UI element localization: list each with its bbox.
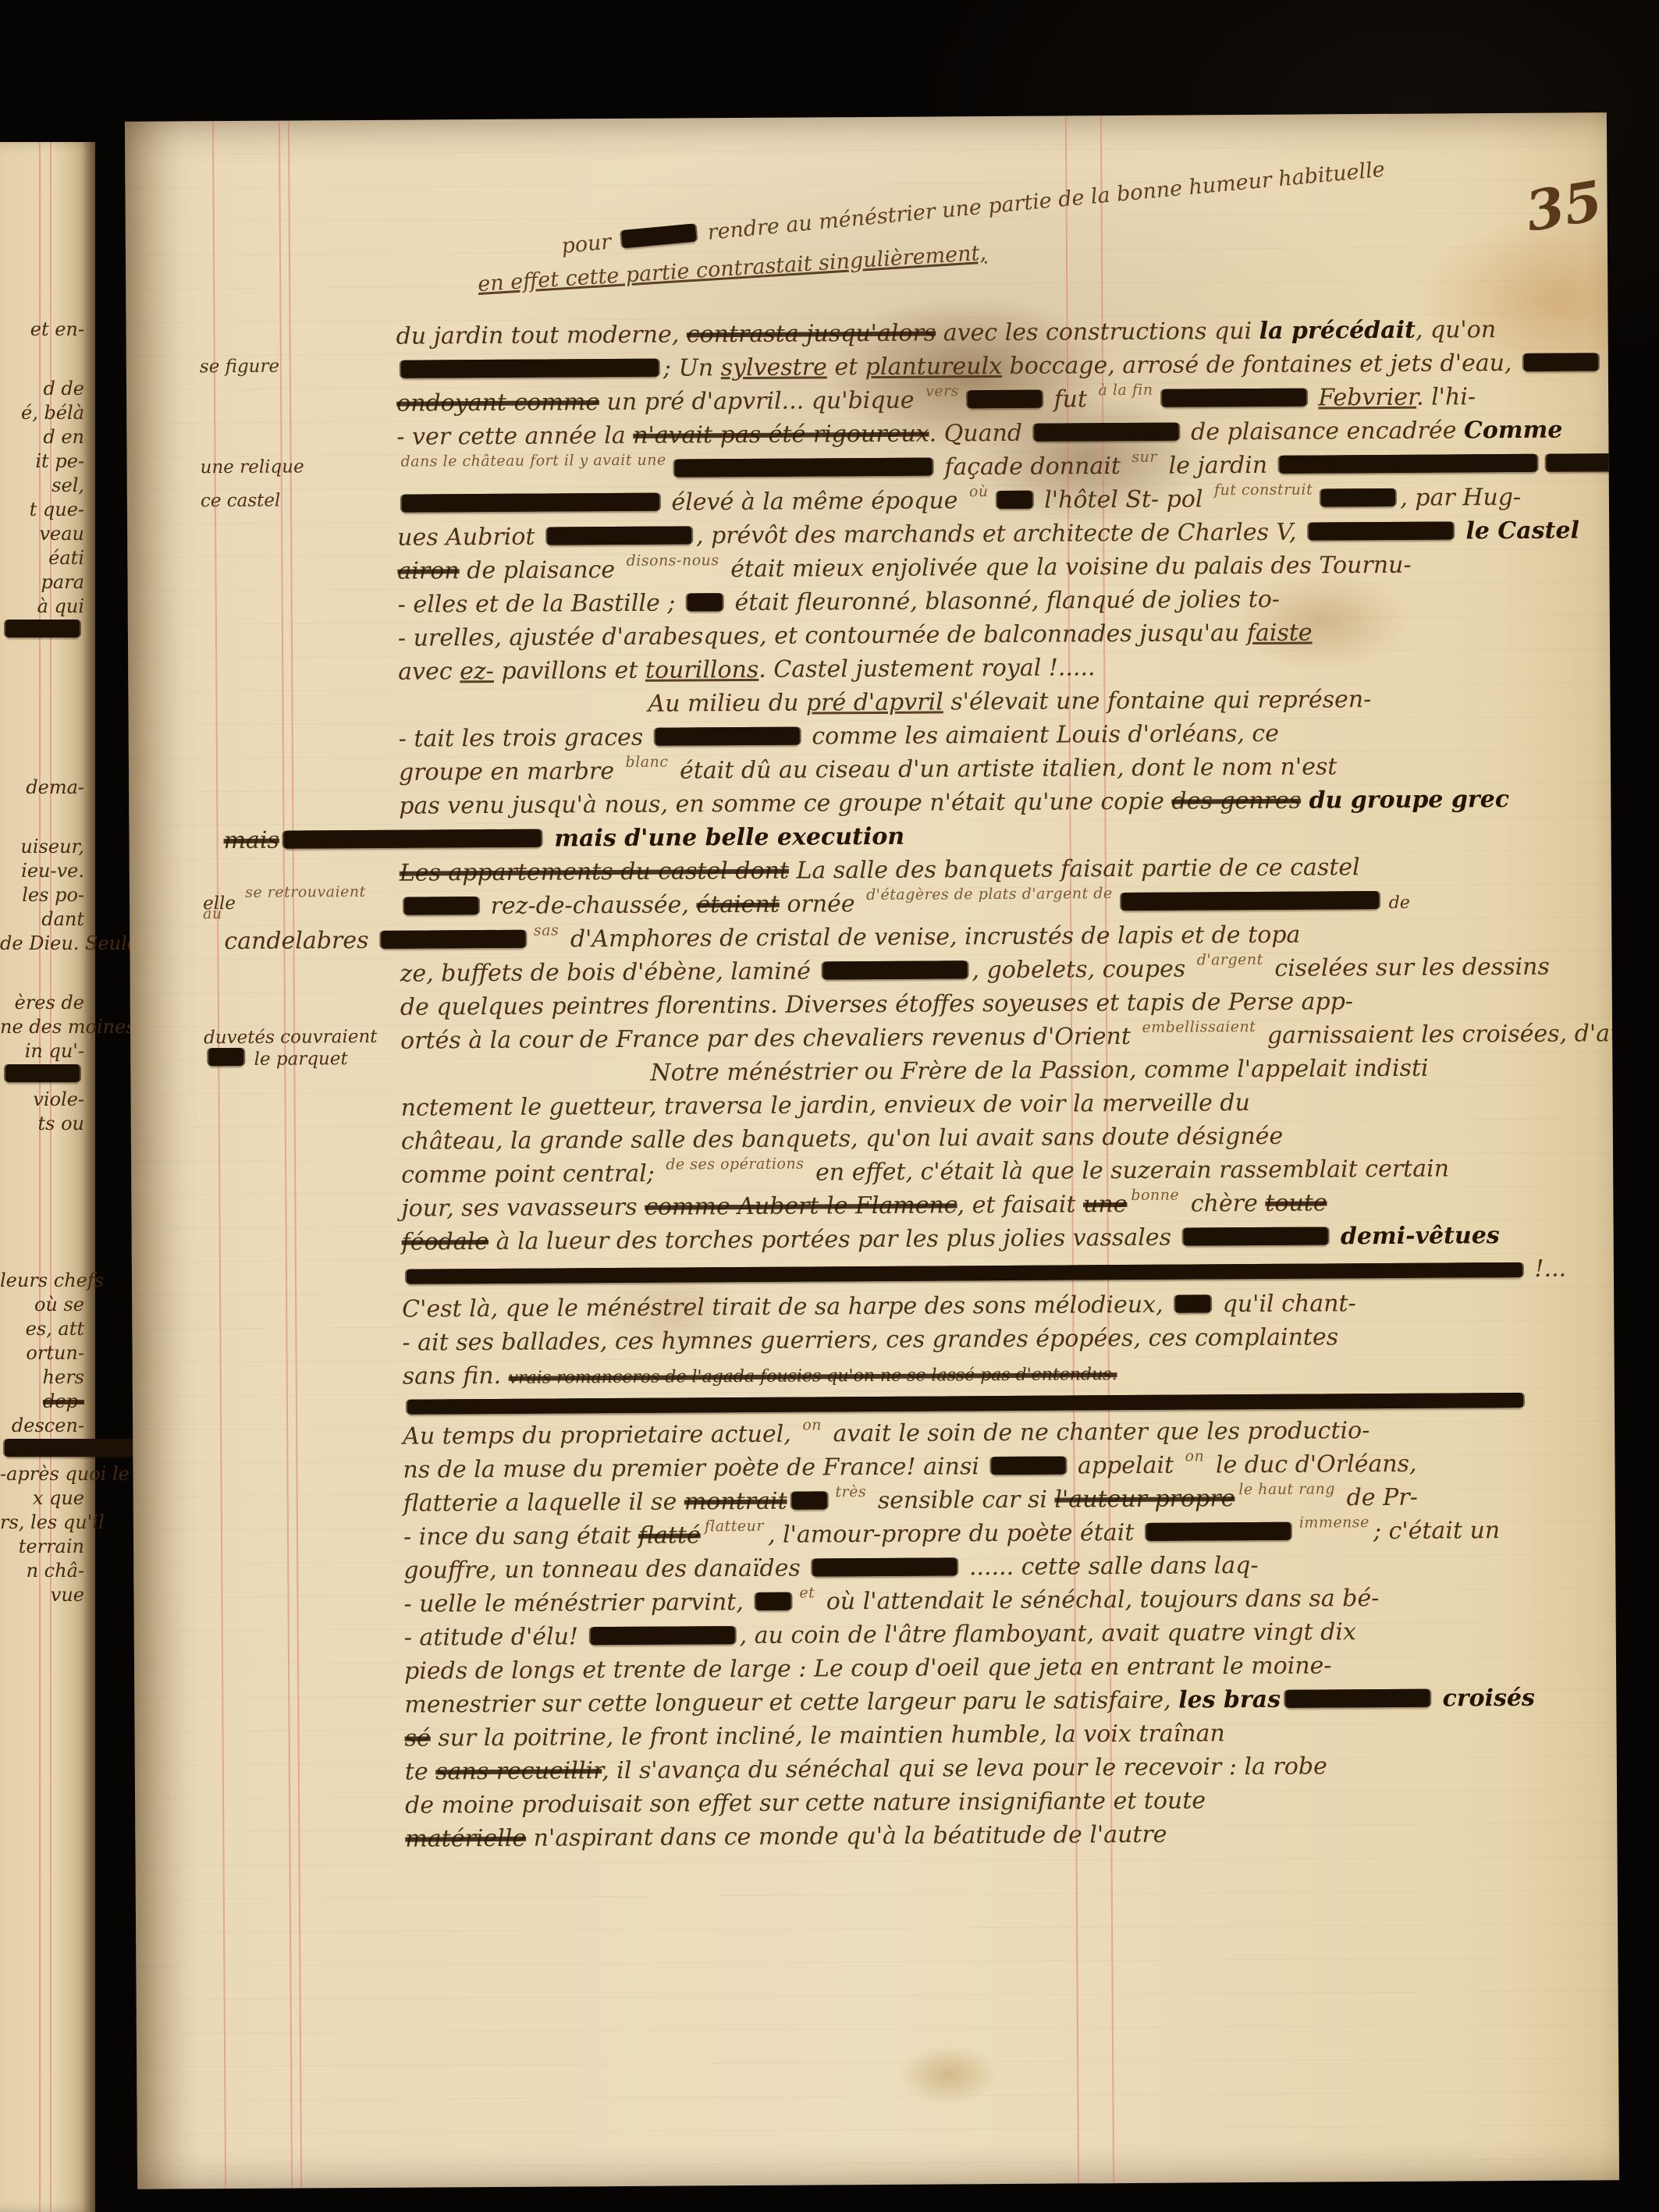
manuscript-text: groupe en marbre [399, 758, 622, 786]
ink-blot [5, 1064, 80, 1082]
facing-page-fragment [0, 619, 84, 643]
manuscript-text: , au coin de l'âtre flamboyant, avait qu… [739, 1618, 1356, 1649]
manuscript-text: uiseur, [20, 836, 84, 857]
manuscript-text: qu'il chant- [1215, 1290, 1356, 1318]
struck-text: une [1083, 1191, 1128, 1218]
manuscript-text: un pré d'apvril [599, 388, 782, 416]
manuscript-text: les bras [1178, 1686, 1281, 1714]
interline-header-note: en effet cette partie contrastait singul… [477, 241, 986, 296]
interline-insertion: flatteur [705, 1518, 764, 1535]
manuscript-text: se figure [200, 357, 279, 378]
manuscript-text: de quelques peintres florentins. Diverse… [400, 988, 1353, 1021]
ink-blot [402, 493, 659, 513]
photo-backdrop: et en-d deé, bélàd enit pe-sel,t que-vea… [0, 0, 1659, 2212]
manuscript-text: n châ- [27, 1560, 84, 1582]
manuscript-text: sylvestre [721, 353, 827, 382]
facing-page-fragment: ne des moines [0, 1015, 84, 1039]
manuscript-text: Notre ménéstrier ou Frère de la Passion,… [650, 1055, 1428, 1087]
manuscript-text: faiste [1247, 620, 1313, 648]
manuscript-text: - ait ses ballades, ces hymnes guerriers… [402, 1323, 1338, 1356]
manuscript-text: leurs chefs [0, 1269, 104, 1291]
manuscript-text: demi-vêtues [1332, 1222, 1499, 1250]
ink-blot [812, 1557, 957, 1576]
manuscript-text: , par Hug- [1400, 484, 1521, 512]
struck-text: toute [1265, 1189, 1327, 1216]
manuscript-line: matérielle n'aspirant dans ce monde qu'à… [405, 1815, 1591, 1855]
facing-page-fragment: et en- [0, 318, 84, 342]
ink-blot [1524, 353, 1598, 371]
manuscript-text: é, bélà [21, 402, 84, 424]
ink-blot [791, 1491, 826, 1509]
manuscript-text: ieu-ve. [21, 860, 84, 882]
manuscript-text: plantureulx [865, 353, 1003, 381]
facing-page-fragment: veau [0, 522, 84, 546]
facing-page-fragment: -après quoi le [0, 1462, 84, 1486]
manuscript-text: duvetés couvraient [204, 1027, 378, 1048]
manuscript-text: à qui [37, 595, 84, 617]
interline-insertion: d'argent [1197, 951, 1263, 969]
ink-blot [655, 727, 800, 746]
interline-insertion: immense [1299, 1514, 1369, 1532]
margin-note-row: ce castel [201, 490, 386, 511]
manuscript-text: menestrier sur cette longueur et cette l… [404, 1687, 1178, 1719]
manuscript-text: était dû au ciseau d'un artiste italien,… [672, 753, 1337, 784]
manuscript-text: - tait les trois graces [399, 724, 651, 753]
ink-blot [1146, 1522, 1291, 1541]
margin-note: duvetés couvraient le parquet [204, 1027, 389, 1070]
facing-page-fragment: x que [0, 1486, 84, 1511]
facing-page-fragment: vue [0, 1583, 84, 1607]
manuscript-text: pré d'apvril [806, 688, 943, 716]
manuscript-text: ciselées sur les dessins [1267, 953, 1550, 982]
struck-text: vrais romanceros de l'agada fousies qu'o… [509, 1365, 1117, 1388]
manuscript-text: ues Aubriot [397, 524, 542, 552]
manuscript-text: la précédait [1259, 317, 1416, 345]
manuscript-text: !... [1527, 1255, 1566, 1283]
manuscript-text: rs, les qu'il [0, 1511, 105, 1533]
ink-blot [404, 897, 478, 915]
manuscript-text: de [1384, 893, 1410, 913]
manuscript-text: sel, [52, 474, 84, 496]
struck-text: matérielle [405, 1825, 526, 1853]
ink-blot [208, 1048, 243, 1066]
manuscript-text: ... [782, 388, 805, 415]
facing-page-fragment: ts ou [0, 1112, 84, 1136]
manuscript-text: ères de [15, 992, 84, 1014]
interline-insertion: le haut rang [1238, 1480, 1335, 1498]
manuscript-text: s'élevait une fontaine qui représen- [943, 686, 1372, 715]
manuscript-text: - atitude d'élu! [404, 1623, 586, 1651]
manuscript-text: x que [33, 1487, 84, 1509]
ink-blot [822, 960, 967, 979]
interline-insertion: sas [534, 921, 559, 939]
manuscript-text: ornée [780, 890, 863, 918]
ink-blot [407, 1262, 1522, 1284]
ink-blot [621, 223, 697, 248]
facing-page-fragment: d en [0, 425, 84, 449]
manuscript-text: ne des moines [0, 1016, 136, 1038]
facing-page-fragment: sel, [0, 474, 84, 498]
facing-page-fragment: éati [0, 546, 84, 570]
manuscript-text: comme point central; [401, 1160, 662, 1189]
facing-page-fragment: dema- [0, 776, 84, 800]
manuscript-text: de plaisance [460, 556, 623, 584]
manuscript-text: de plaisance encadrée [1183, 417, 1464, 446]
ink-blot [1183, 1227, 1327, 1245]
interline-insertion: blanc [625, 754, 668, 771]
manuscript-text: , l'amour-propre du poète était [768, 1519, 1142, 1549]
manuscript-text: ns de la muse du premier poète de France… [403, 1453, 986, 1484]
manuscript-text: . Castel justement royal !..... [758, 654, 1096, 683]
manuscript-text: à la lueur des torches portées par les p… [488, 1224, 1179, 1255]
manuscript-text: Au temps du proprietaire actuel, [403, 1421, 798, 1450]
manuscript-text: nctement le guetteur, traversa le jardin… [401, 1089, 1250, 1122]
manuscript-text: gouffre, un tonneau des danaïdes [403, 1555, 808, 1585]
manuscript-text: n'aspirant dans ce monde qu'à la béatitu… [526, 1821, 1167, 1852]
struck-text: des genres [1171, 787, 1301, 815]
manuscript-text: du groupe grec [1301, 786, 1509, 815]
manuscript-text: le parquet [248, 1049, 348, 1070]
interline-insertion: de ses opérations [666, 1156, 804, 1173]
manuscript-text: ...... [961, 1553, 1014, 1581]
ink-blot [591, 1626, 735, 1645]
manuscript-text: hers [43, 1366, 84, 1388]
manuscript-text: viole- [33, 1088, 84, 1110]
manuscript-text: . l'hi- [1416, 383, 1476, 410]
facing-page-fragment: é, bélà [0, 401, 84, 425]
manuscript-text: vue [51, 1584, 84, 1606]
manuscript-text: où se [34, 1294, 84, 1315]
facing-page-fragment: terrain [0, 1535, 84, 1559]
manuscript-text: l'hôtel St- pol [1037, 485, 1211, 513]
manuscript-text: était mieux enjolivée que la voisine du … [723, 552, 1412, 583]
manuscript-text: - ver cette année la [396, 422, 633, 451]
interline-insertion: bonne [1131, 1187, 1179, 1204]
manuscript-text: avec les constructions qui [936, 318, 1259, 347]
manuscript-text: boccage, arrosé de fontaines et jets d'e… [1002, 350, 1519, 380]
ink-blot [991, 1456, 1065, 1475]
manuscript-text: rez-de-chaussée, [483, 891, 697, 920]
manuscript-text: le Castel [1458, 517, 1579, 545]
struck-text: ondoyant comme [396, 389, 599, 417]
interline-insertion: très [835, 1483, 866, 1500]
ink-blot [5, 620, 80, 637]
facing-page-fragment: uiseur, [0, 835, 84, 859]
manuscript-text: pour [560, 229, 619, 259]
ink-blot [407, 1393, 1523, 1415]
ink-blot [401, 359, 659, 378]
manuscript-text: ze, buffets de bois d'ébène, laminé [400, 957, 818, 987]
facing-page-fragment: descen- [0, 1414, 84, 1438]
facing-page-fragment: ieu-ve. [0, 859, 84, 883]
manuscript-text: château, la grande salle des banquets, q… [401, 1123, 1284, 1156]
manuscript-text: en effet cette partie contrastait singul… [477, 241, 986, 296]
manuscript-text: - elles et de la Bastille ; [398, 589, 683, 618]
interline-insertion: dans le château fort il y avait une [401, 452, 666, 470]
manuscript-text: avec [398, 658, 460, 685]
margin-note: se figure [200, 356, 385, 377]
margin-note: ce castel [201, 490, 386, 511]
manuscript-text: , gobelets, coupes [972, 955, 1192, 984]
facing-page-fragment: d de [0, 377, 84, 401]
interline-insertion: à la fin [1098, 382, 1153, 399]
facing-page-edge: et en-d deé, bélàd enit pe-sel,t que-vea… [0, 142, 95, 2212]
manuscript-text: où l'attendait le sénéchal, toujours dan… [819, 1585, 1379, 1615]
struck-text: féodale [402, 1228, 489, 1256]
ink-blot [968, 390, 1042, 409]
facing-page-fragment: dep- [0, 1390, 84, 1414]
struck-text: airon [397, 557, 459, 584]
manuscript-text: mais d'une belle execution [546, 823, 904, 853]
facing-page-fragment: viole- [0, 1088, 84, 1112]
manuscript-text: te [405, 1758, 436, 1785]
manuscript-text: le duc d'Orléans, [1208, 1450, 1416, 1479]
manuscript-text: d de [43, 378, 84, 399]
manuscript-text: cette salle dans laq- [1014, 1552, 1259, 1581]
ruled-line-vertical [212, 121, 226, 2189]
interline-insertion: où [969, 483, 989, 500]
manuscript-text: , prévôt des marchands et architecte de … [696, 519, 1304, 550]
manuscript-text: ortés à la cour de France par des cheval… [400, 1023, 1139, 1055]
manuscript-text: du jardin tout moderne, [396, 321, 687, 350]
ink-blot [1162, 389, 1306, 407]
manuscript-text: veau [39, 523, 84, 545]
manuscript-text: ts ou [38, 1113, 85, 1134]
manuscript-text: jour, ses vavasseurs [401, 1194, 645, 1223]
struck-text: n'avait pas été rigoureux [633, 421, 929, 449]
manuscript-text: - uelle le ménéstrier parvint, [403, 1589, 751, 1618]
facing-page-fragment: n châ- [0, 1559, 84, 1583]
manuscript-text: tourillons [645, 656, 759, 684]
facing-page-fragment: it pe- [0, 449, 84, 474]
ink-blot [1309, 521, 1453, 540]
ink-blot [687, 593, 723, 611]
interline-insertion: on [802, 1416, 822, 1433]
manuscript-text: une relique [201, 456, 304, 478]
manuscript-text: descen- [12, 1415, 84, 1436]
facing-page-fragment: dant [0, 907, 84, 932]
margin-note-row: duvetés couvraient [204, 1027, 389, 1048]
struck-text: comme Aubert le Flamenc [645, 1191, 957, 1220]
manuscript-text: d en [43, 426, 84, 448]
manuscript-text: es, att [26, 1318, 84, 1340]
manuscript-text: t que- [30, 499, 84, 520]
facing-page-fragment: para [0, 570, 84, 595]
manuscript-text: Au milieu du [648, 690, 806, 718]
manuscript-text: le jardin [1161, 452, 1275, 480]
manuscript-text: fut [1046, 385, 1095, 413]
manuscript-text: -après quoi le [0, 1463, 130, 1485]
struck-text: dep- [43, 1390, 84, 1412]
manuscript-text: ez- [460, 658, 494, 685]
manuscript-text: flatterie a laquelle il se [403, 1488, 684, 1517]
manuscript-text: sur la poitrine, le front incliné, le ma… [431, 1720, 1225, 1752]
margin-note-row: une relique [201, 456, 386, 478]
manuscript-text: - urelles, ajustée d'arabesques, et cont… [398, 620, 1247, 652]
struck-text: Les appartements du castel dont [400, 857, 789, 887]
manuscript-text: , il s'avança du sénéchal qui se leva po… [602, 1752, 1327, 1784]
ink-blot [1035, 423, 1179, 442]
ink-blot [1547, 453, 1620, 472]
facing-page-fragment [0, 1063, 84, 1088]
struck-text: flatté [638, 1521, 701, 1549]
manuscript-text: C'est là, que le ménéstrel tirait de sa … [402, 1291, 1171, 1323]
manuscript-text: garnissaient les croisées, d'autres [1259, 1020, 1619, 1049]
facing-page-fragment: ortun- [0, 1341, 84, 1365]
interline-insertion: disons-nous [627, 552, 719, 570]
ink-blot [5, 1439, 149, 1457]
manuscript-text: appelait [1070, 1452, 1181, 1480]
struck-text: sans recueillir [435, 1757, 602, 1785]
ink-blot [381, 930, 525, 949]
manuscript-text: dant [41, 908, 84, 930]
facing-page-fragments: et en-d deé, bélàd enit pe-sel,t que-vea… [0, 318, 84, 1607]
ink-blot [675, 458, 933, 478]
manuscript-text: terrain [19, 1536, 84, 1557]
manuscript-text: para [41, 571, 84, 593]
manuscript-text: in qu'- [25, 1040, 84, 1062]
ink-blot [1175, 1294, 1210, 1312]
facing-page-fragment: rs, les qu'il [0, 1511, 84, 1535]
ink-blot [1280, 454, 1537, 474]
manuscript-text: était fleuronné, blasonné, flanqué de jo… [727, 586, 1280, 616]
interline-insertion: vers [925, 382, 959, 399]
manuscript-text: éati [48, 547, 84, 569]
manuscript-text: les po- [22, 884, 84, 906]
manuscript-text: - ince du sang était [403, 1522, 638, 1551]
manuscript-text: ce castel [201, 491, 281, 512]
manuscript-text: ; Un [663, 354, 721, 382]
facing-page-fragment: à qui [0, 595, 84, 619]
facing-page-fragment: t que- [0, 498, 84, 522]
manuscript-text: pas venu jusqu'à nous, en somme ce group… [399, 788, 1171, 820]
struck-text: étaient [696, 891, 780, 919]
manuscript-text: rendre au ménéstrier une partie de la bo… [700, 158, 1386, 246]
manuscript-text: , qu'on [1416, 316, 1496, 344]
margin-note: une relique [201, 456, 386, 478]
manuscript-text: et [827, 353, 865, 381]
manuscript-text: sensible car si [870, 1486, 1054, 1514]
interline-insertion: et [799, 1584, 815, 1601]
manuscript-text: dema- [26, 776, 84, 798]
struck-text: montrait [684, 1488, 787, 1516]
interline-insertion: d'étagères de plats d'argent de [866, 885, 1113, 904]
struck-text: mais [223, 827, 279, 854]
ink-blot [1121, 891, 1379, 911]
facing-page-fragment: les po- [0, 883, 84, 907]
manuscript-text: it pe- [35, 450, 84, 472]
struck-text: sé [404, 1724, 430, 1752]
facing-page-fragment: ères de [0, 991, 84, 1015]
manuscript-text: . Quand [929, 420, 1030, 448]
manuscript-text: ; c'était un [1373, 1517, 1500, 1545]
manuscript-text [1311, 384, 1319, 411]
ink-blot [1285, 1689, 1430, 1708]
manuscript-text: sans fin. [403, 1362, 509, 1390]
facing-page-fragment: où se [0, 1293, 84, 1317]
manuscript-text: candelabres [224, 927, 376, 955]
interline-insertion: fut construit [1214, 481, 1313, 499]
manuscript-text: comme les aimaient Louis d'orléans, ce [805, 720, 1279, 751]
ink-blot [997, 491, 1032, 509]
manuscript-text: d'Amphores de cristal de venise, incrust… [563, 921, 1300, 953]
ink-blot [1321, 488, 1395, 507]
facing-page-fragment: es, att [0, 1317, 84, 1341]
manuscript-text: pavillons et [494, 657, 645, 685]
manuscript-text-block: du jardin tout moderne, contrasta jusqu'… [396, 312, 1591, 1855]
manuscript-text: avait le soin de ne chanter que les prod… [826, 1417, 1369, 1447]
manuscript-text: chère [1183, 1190, 1265, 1218]
manuscript-text: de moine produisait son effet sur cette … [405, 1787, 1206, 1819]
struck-text: l'auteur propre [1054, 1485, 1234, 1513]
margin-note-row: se figure [200, 356, 385, 377]
interline-insertion: embellissaient [1142, 1018, 1256, 1036]
manuscript-page: 35 pour rendre au ménéstrier une partie … [125, 112, 1619, 2189]
facing-page-fragment: de Dieu. Seulement [0, 932, 84, 956]
page-number: 35 [1522, 168, 1607, 244]
struck-text: contrasta jusqu'alors [687, 319, 936, 348]
manuscript-text: , et faisait [957, 1191, 1083, 1219]
manuscript-text: Comme [1464, 417, 1563, 445]
manuscript-text: élevé à la même époque [664, 487, 965, 516]
manuscript-text: en effet, c'était là que le suzerain ras… [808, 1155, 1449, 1186]
manuscript-text: et en- [30, 318, 84, 340]
margin-note-row: le parquet [204, 1047, 389, 1070]
manuscript-text: croisés [1434, 1685, 1535, 1713]
manuscript-text: pieds de longs et trente de large : Le c… [404, 1652, 1332, 1685]
facing-page-fragment [0, 1438, 84, 1462]
manuscript-text: ortun- [26, 1342, 84, 1364]
interline-insertion: sur [1131, 449, 1157, 466]
ink-blot [755, 1592, 790, 1610]
manuscript-text: qu'bique [804, 387, 922, 415]
facing-page-fragment: in qu'- [0, 1039, 84, 1063]
ink-blot [284, 829, 542, 849]
manuscript-text: La salle des banquets faisait partie de … [789, 854, 1360, 884]
ink-blot [547, 526, 691, 545]
facing-page-fragment: hers [0, 1365, 84, 1390]
facing-page-fragment: leurs chefs [0, 1269, 84, 1293]
manuscript-text: de Pr- [1339, 1484, 1418, 1512]
manuscript-text: façade donnait [937, 453, 1128, 481]
interline-insertion: on [1185, 1447, 1205, 1465]
manuscript-text: Febvrier [1318, 384, 1416, 412]
